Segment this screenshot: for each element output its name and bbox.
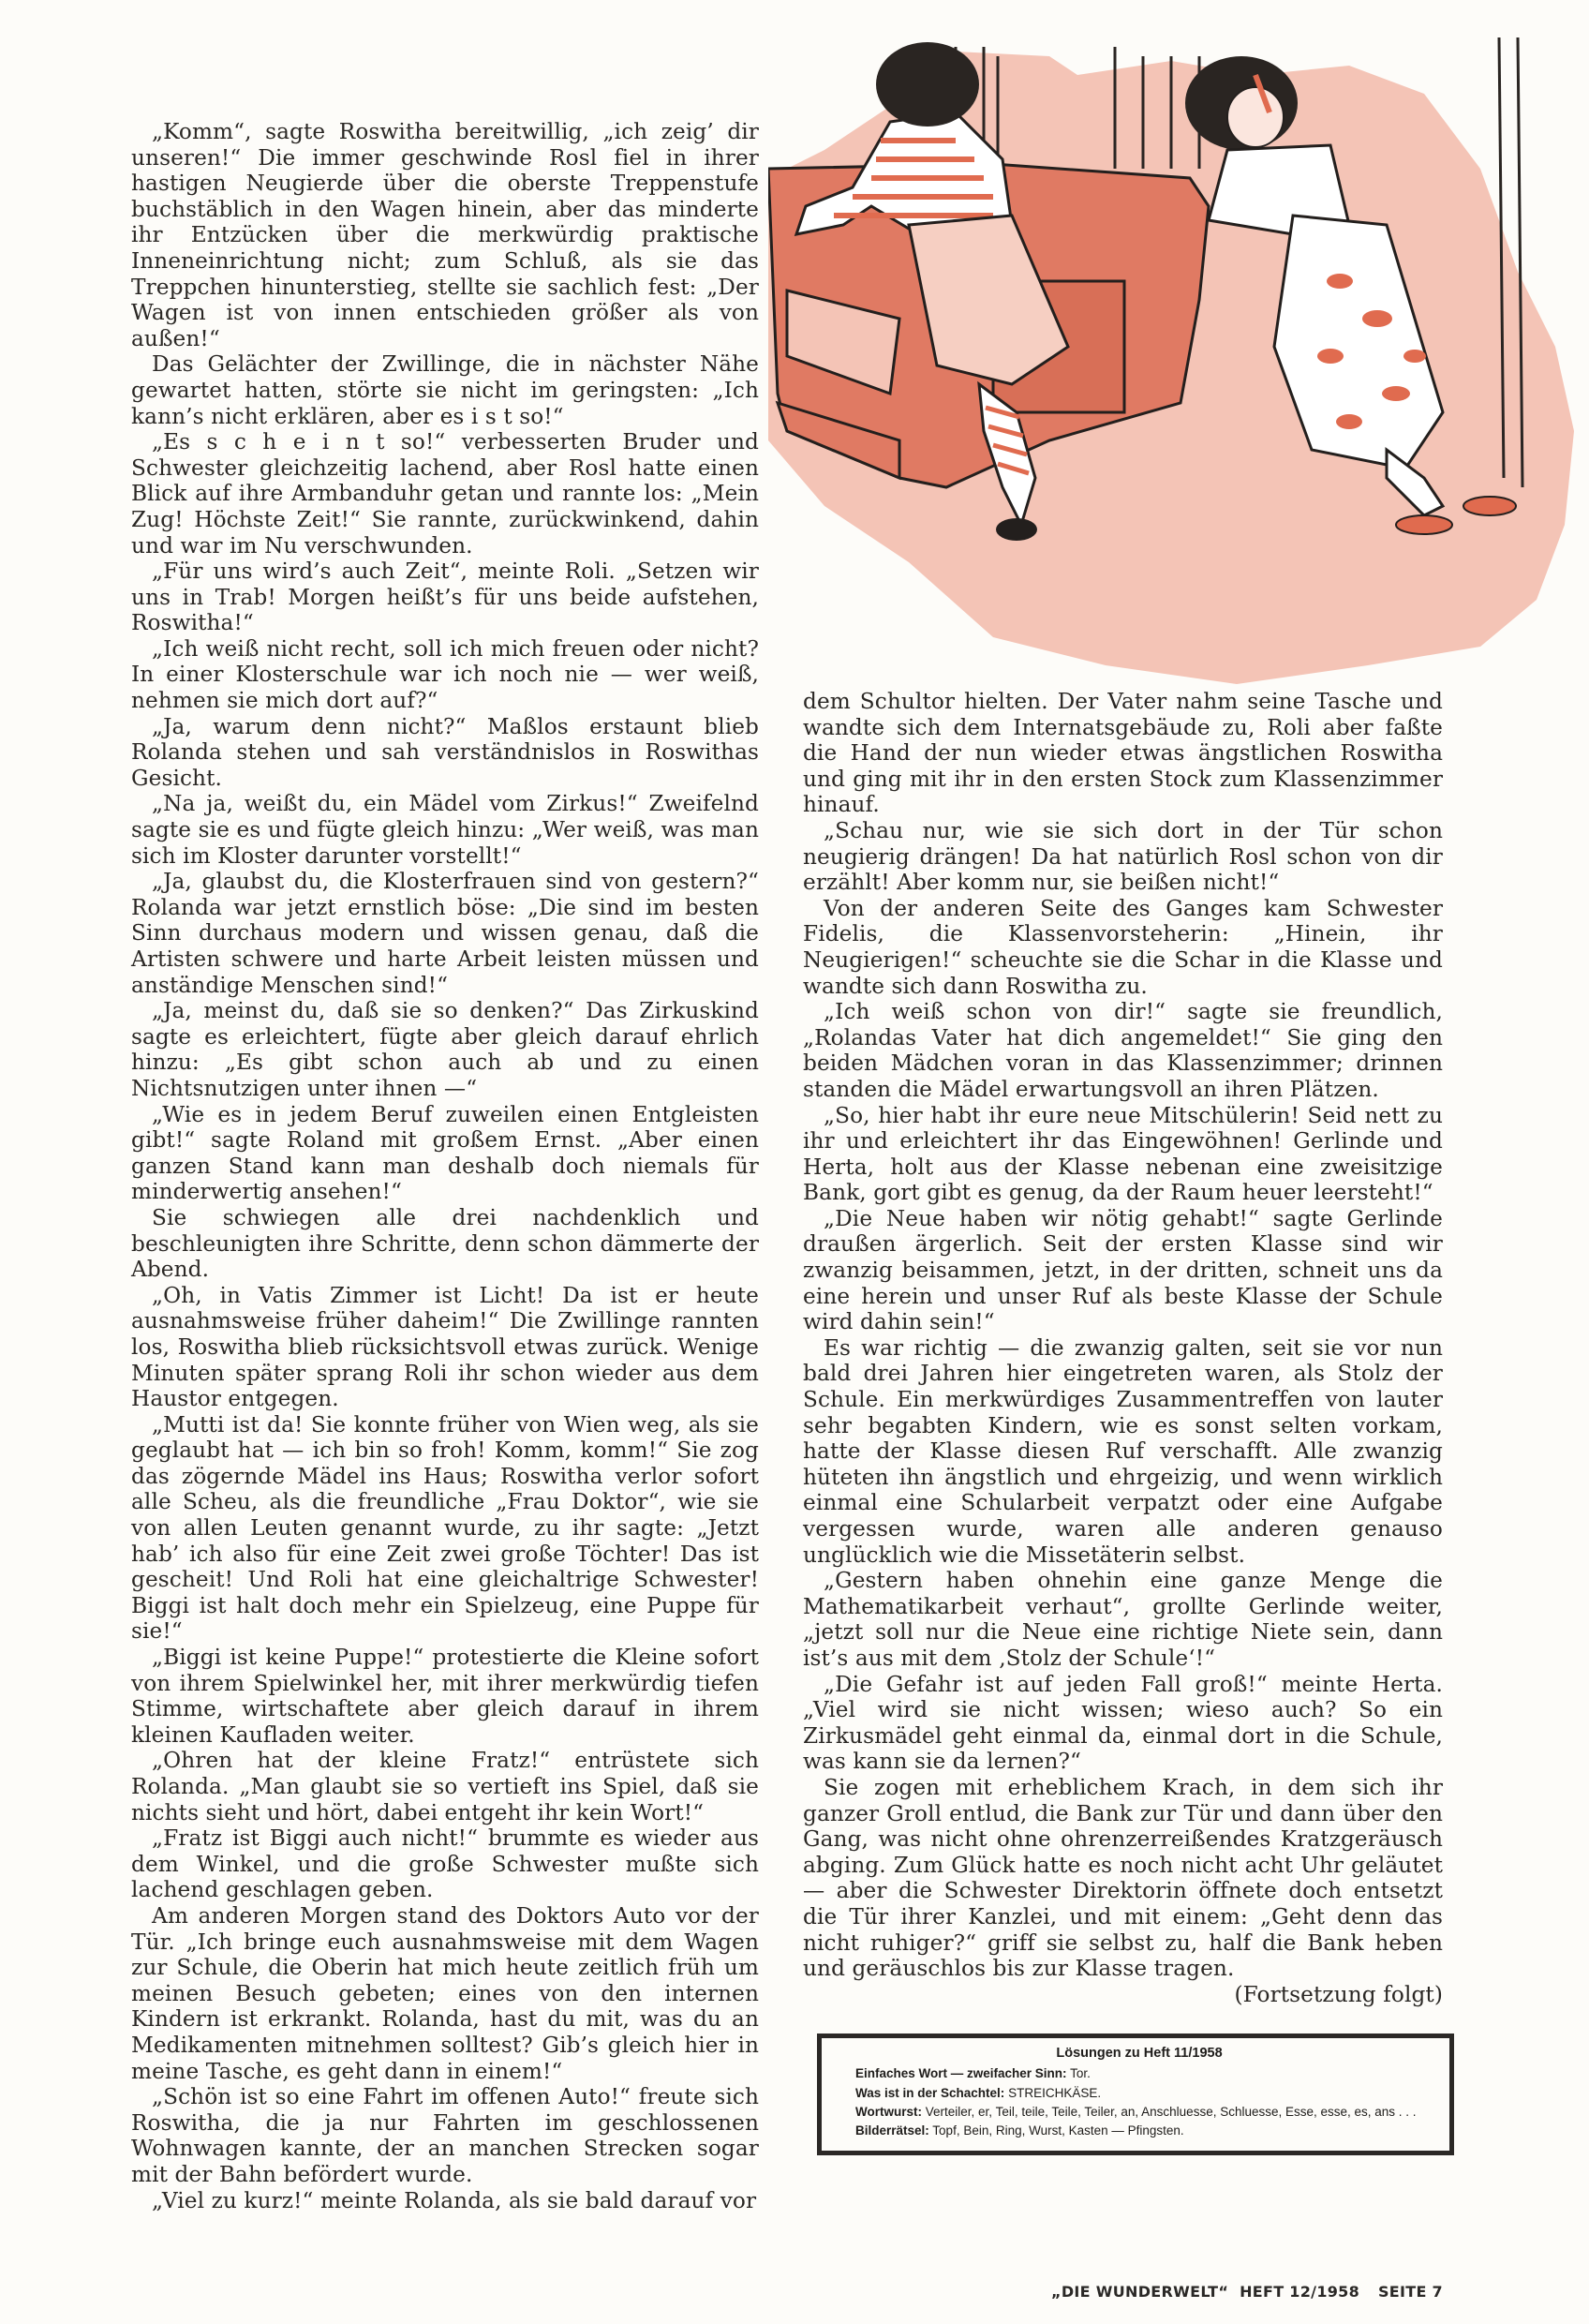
solution-answer: Topf, Bein, Ring, Wurst, Kasten — Pfings… bbox=[932, 2123, 1183, 2138]
paragraph: „Ich weiß nicht recht, soll ich mich fre… bbox=[131, 636, 759, 714]
paragraph: Von der anderen Seite des Ganges kam Sch… bbox=[803, 896, 1443, 999]
paragraph: Es war richtig — die zwanzig galten, sei… bbox=[803, 1335, 1443, 1568]
paragraph: „Es s c h e i n t so!“ verbesserten Brud… bbox=[131, 429, 759, 559]
issue-number: HEFT 12/1958 bbox=[1240, 2283, 1359, 2301]
magazine-name: „DIE WUNDERWELT“ bbox=[1051, 2283, 1228, 2301]
paragraph: „Schön ist so eine Fahrt im offenen Auto… bbox=[131, 2084, 759, 2187]
girls-pushing-bench-illustration bbox=[768, 37, 1589, 684]
paragraph: „Die Neue haben wir nötig gehabt!“ sagte… bbox=[803, 1206, 1443, 1335]
solution-answer: STREICHKÄSE. bbox=[1008, 2086, 1101, 2100]
paragraph: Sie zogen mit erheblichem Krach, in dem … bbox=[803, 1775, 1443, 1982]
paragraph: „Ja, warum denn nicht?“ Maßlos erstaunt … bbox=[131, 714, 759, 792]
solutions-title: Lösungen zu Heft 11/1958 bbox=[842, 2044, 1436, 2063]
fortsetzung-folgt: (Fortsetzung folgt) bbox=[1234, 1982, 1443, 2007]
story-illustration bbox=[768, 37, 1589, 684]
paragraph: Sie schwiegen alle drei nachdenklich und… bbox=[131, 1205, 759, 1283]
paragraph: „Viel zu kurz!“ meinte Rolanda, als sie … bbox=[131, 2188, 759, 2214]
paragraph: Am anderen Morgen stand des Doktors Auto… bbox=[131, 1903, 759, 2084]
solution-label: Bilderrätsel: bbox=[855, 2123, 929, 2138]
paragraph: dem Schultor hielten. Der Vater nahm sei… bbox=[803, 689, 1443, 818]
article-left-column: „Komm“, sagte Roswitha bereitwillig, „ic… bbox=[131, 119, 759, 2213]
paragraph: „Fratz ist Biggi auch nicht!“ brummte es… bbox=[131, 1825, 759, 1903]
solution-answer: Tor. bbox=[1070, 2066, 1091, 2080]
article-right-column: dem Schultor hielten. Der Vater nahm sei… bbox=[803, 689, 1443, 2007]
paragraph: „Für uns wird’s auch Zeit“, meinte Roli.… bbox=[131, 559, 759, 636]
paragraph: „Schau nur, wie sie sich dort in der Tür… bbox=[803, 818, 1443, 896]
paragraph: „Komm“, sagte Roswitha bereitwillig, „ic… bbox=[131, 119, 759, 351]
paragraph: „Oh, in Vatis Zimmer ist Licht! Da ist e… bbox=[131, 1283, 759, 1412]
solution-label: Einfaches Wort — zweifacher Sinn: bbox=[855, 2066, 1067, 2080]
solution-item: Was ist in der Schachtel: STREICHKÄSE. bbox=[842, 2084, 1436, 2103]
paragraph: Das Gelächter der Zwillinge, die in näch… bbox=[131, 351, 759, 429]
solution-item: Wortwurst: Verteiler, er, Teil, teile, T… bbox=[842, 2104, 1436, 2121]
paragraph: „Die Gefahr ist auf jeden Fall groß!“ me… bbox=[803, 1672, 1443, 1775]
paragraph: „Ohren hat der kleine Fratz!“ entrüstete… bbox=[131, 1748, 759, 1825]
paragraph: „Ja, glaubst du, die Klosterfrauen sind … bbox=[131, 869, 759, 998]
paragraph: „Ja, meinst du, daß sie so denken?“ Das … bbox=[131, 998, 759, 1101]
page-footer: „DIE WUNDERWELT“ HEFT 12/1958 SEITE 7 bbox=[1051, 2283, 1443, 2301]
solution-label: Wortwurst: bbox=[855, 2105, 922, 2119]
continuation-note: (Fortsetzung folgt) bbox=[803, 1982, 1443, 2008]
paragraph: „Ich weiß schon von dir!“ sagte sie freu… bbox=[803, 999, 1443, 1102]
paragraph: „Mutti ist da! Sie konnte früher von Wie… bbox=[131, 1412, 759, 1645]
page-number: SEITE 7 bbox=[1378, 2283, 1443, 2301]
paragraph: „Na ja, weißt du, ein Mädel vom Zirkus!“… bbox=[131, 791, 759, 869]
solution-item: Bilderrätsel: Topf, Bein, Ring, Wurst, K… bbox=[842, 2122, 1436, 2140]
paragraph: „Wie es in jedem Beruf zuweilen einen En… bbox=[131, 1102, 759, 1205]
solution-answer: Verteiler, er, Teil, teile, Teile, Teile… bbox=[926, 2105, 1417, 2119]
paragraph: „Biggi ist keine Puppe!“ protestierte di… bbox=[131, 1645, 759, 1748]
paragraph: „So, hier habt ihr eure neue Mitschüleri… bbox=[803, 1103, 1443, 1206]
solutions-box: Lösungen zu Heft 11/1958 Einfaches Wort … bbox=[817, 2033, 1454, 2155]
paragraph: „Gestern haben ohnehin eine ganze Menge … bbox=[803, 1568, 1443, 1671]
solution-label: Was ist in der Schachtel: bbox=[855, 2086, 1004, 2100]
solution-item: Einfaches Wort — zweifacher Sinn: Tor. bbox=[842, 2064, 1436, 2083]
